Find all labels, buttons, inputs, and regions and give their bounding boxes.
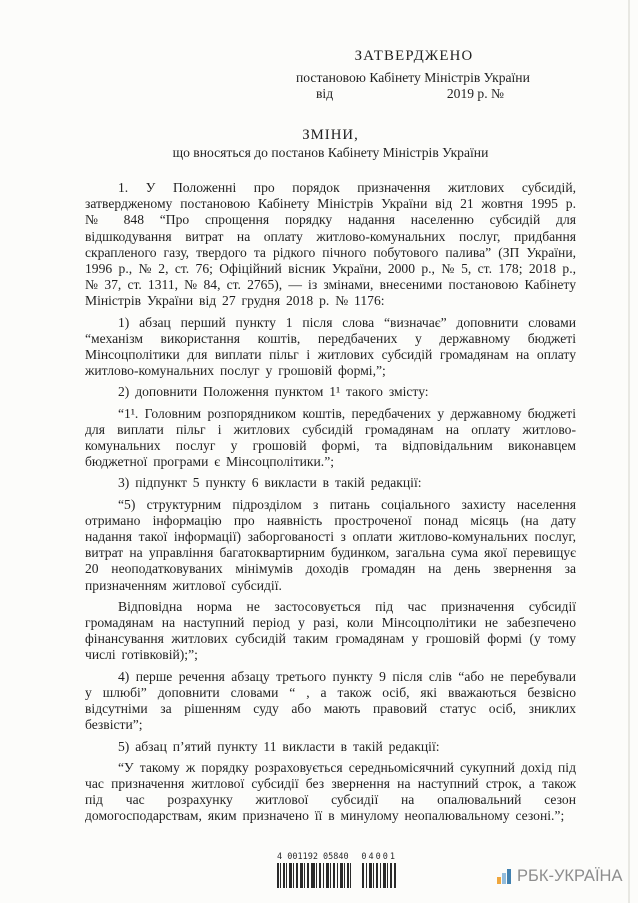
body-paragraph: 5) абзац п’ятий пункту 11 викласти в так… (85, 739, 576, 755)
body-paragraph: 4) перше речення абзацу третього пункту … (85, 669, 576, 734)
approval-date-line: від 2019 р. № (296, 86, 532, 101)
barcode-digits-right: 04001 (361, 852, 397, 862)
rbc-bar-chart-icon (497, 868, 512, 884)
body-paragraph: Відповідна норма не застосовується під ч… (85, 599, 576, 664)
body-paragraph: 1. У Положенні про порядок призначення ж… (85, 180, 576, 310)
document-subtitle: що вносяться до постанов Кабінету Мініст… (85, 145, 576, 161)
barcode-bars-icon (277, 863, 399, 888)
body-paragraph: “1¹. Головним розпорядником коштів, пере… (85, 406, 576, 471)
document-body: 1. У Положенні про порядок призначення ж… (85, 180, 576, 830)
barcode-digits-left: 4 001192 05840 (277, 852, 349, 862)
document-title: ЗМІНИ, (85, 127, 576, 144)
body-paragraph: “5) структурним підрозділом з питань соц… (85, 497, 576, 594)
body-paragraph: 2) доповнити Положення пунктом 1¹ такого… (85, 384, 576, 400)
rbc-ukraine-watermark: РБК-УКРАЇНА (497, 868, 622, 884)
barcode-digits: 4 001192 05840 04001 (277, 852, 397, 862)
document-title-block: ЗМІНИ, що вносяться до постанов Кабінету… (85, 127, 576, 161)
scan-edge-artifact (628, 0, 630, 903)
approval-block: ЗАТВЕРДЖЕНО постановою Кабінету Міністрі… (296, 49, 532, 101)
approval-date-label: від (316, 86, 333, 101)
body-paragraph: 3) підпункт 5 пункту 6 викласти в такій … (85, 475, 576, 491)
barcode: 4 001192 05840 04001 (277, 852, 399, 888)
approval-number-label: 2019 р. № (447, 86, 504, 101)
rbc-brand-text: РБК-УКРАЇНА (517, 868, 622, 884)
approval-heading: ЗАТВЕРДЖЕНО (296, 49, 532, 64)
body-paragraph: “У такому ж порядку розраховується серед… (85, 760, 576, 825)
scanned-document-page: ЗАТВЕРДЖЕНО постановою Кабінету Міністрі… (0, 0, 638, 903)
body-paragraph: 1) абзац перший пункту 1 після слова “ви… (85, 315, 576, 380)
approval-authority: постановою Кабінету Міністрів України (296, 70, 532, 85)
